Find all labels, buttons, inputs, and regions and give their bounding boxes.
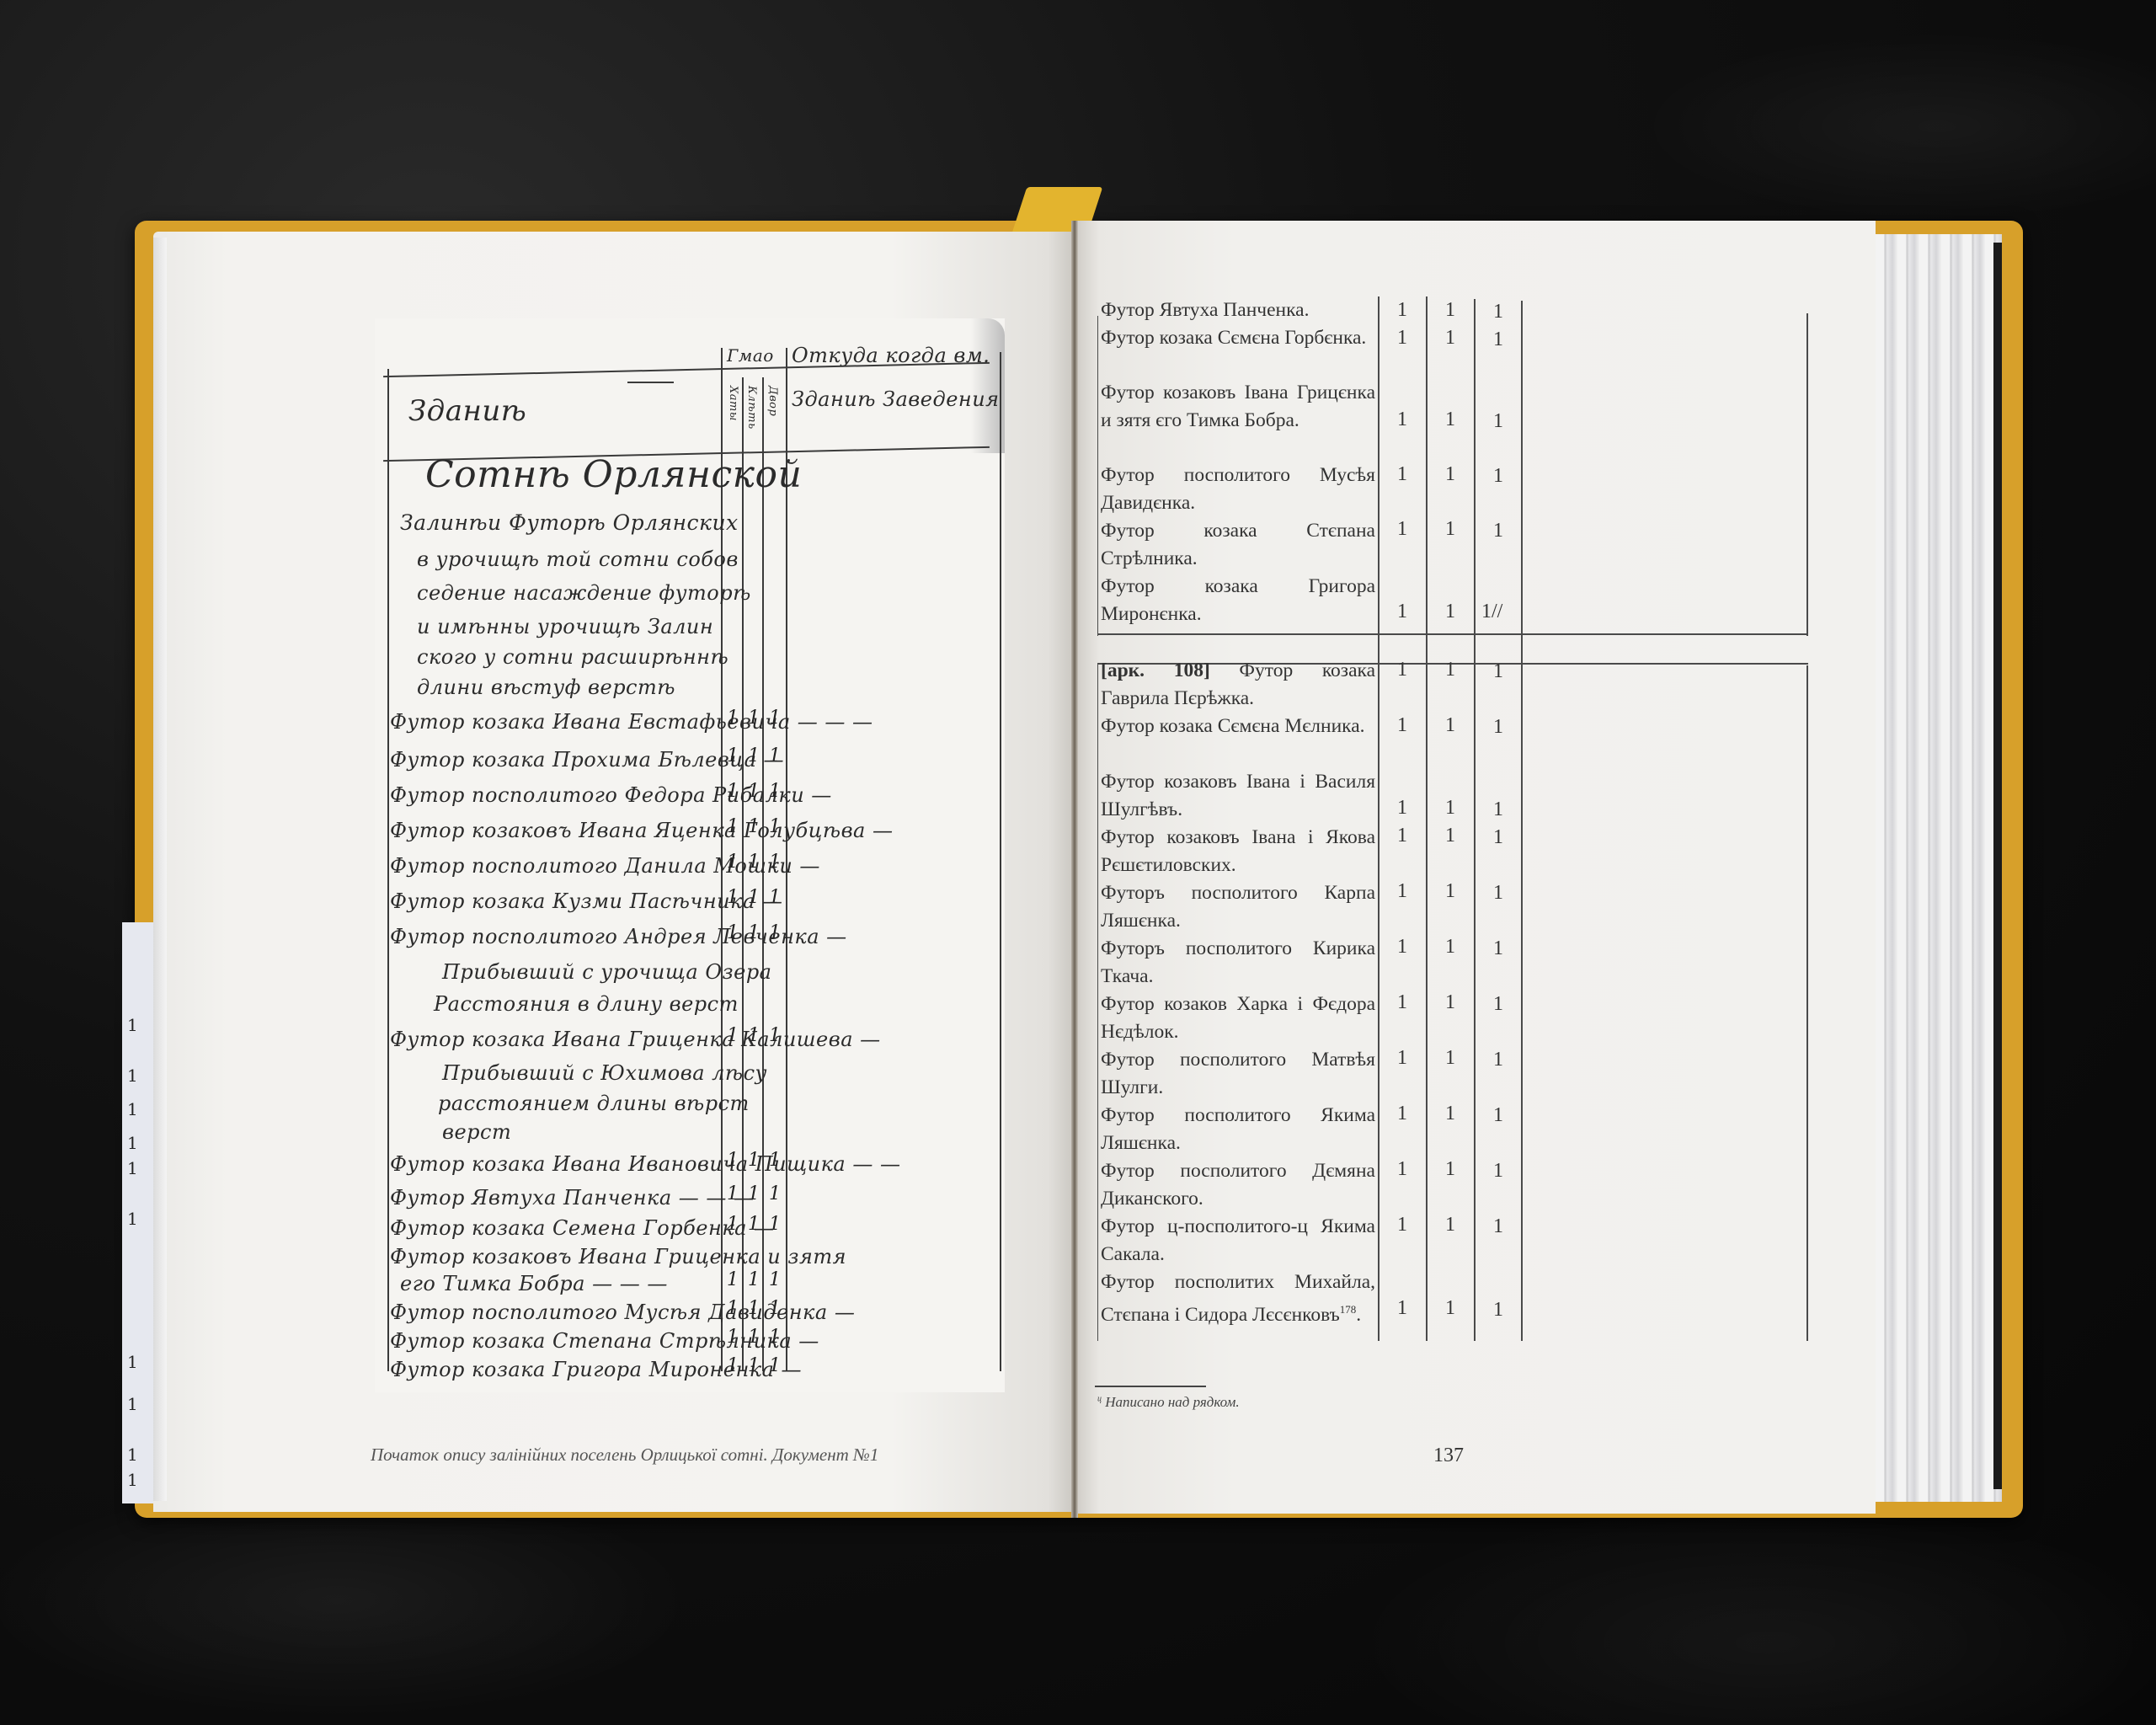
row-text: Футор посполитого Якима Ляшєнка. <box>1097 1102 1375 1156</box>
table-row: [арк. 108] Футор козака Гаврила Пєрѣжка. <box>1097 657 1375 712</box>
tally-mark: 1 <box>769 816 781 837</box>
table-col-rule <box>1521 301 1523 1341</box>
ms-entry-text: Футор козака Семена Горбенка — <box>390 1216 775 1240</box>
cell-value: 1 <box>1385 327 1419 350</box>
cell-value: 1 <box>1481 882 1515 905</box>
tally-mark: 1 <box>748 1025 760 1046</box>
table-row: Футор козаковъ Івана і Якова Рєшєтиловск… <box>1097 824 1375 879</box>
table-row: Футоръ посполитого Карпа Ляшєнка. <box>1097 879 1375 934</box>
ms-subcol: Хаты <box>727 386 739 421</box>
cell-value: 1 <box>1433 936 1467 959</box>
cell-value: 1 <box>1433 518 1467 541</box>
cell-value: 1 <box>1433 991 1467 1014</box>
cell-value: 1 <box>1385 409 1419 431</box>
footnote-marker: ц <box>1097 1394 1102 1403</box>
ms-entry-text: Футор козака Ивана Ивановича Пищика — — <box>390 1152 900 1176</box>
cell-value: 1 <box>1481 1160 1515 1183</box>
cell-value: 1 <box>1385 1297 1419 1320</box>
cell-value: 1 <box>1385 880 1419 903</box>
ms-entry-text: Футор козаковъ Ивана Гриценка и зятя <box>390 1245 846 1268</box>
tally-mark: 1 <box>769 1269 781 1290</box>
cell-value: 1 <box>1481 798 1515 821</box>
tally-mark: 1 <box>748 852 760 873</box>
ms-col-rule <box>1000 352 1001 1371</box>
tally-mark: 1 <box>748 781 760 802</box>
table-row: Футор козака Стєпана Стрѣлника. <box>1097 517 1375 572</box>
ms-entry-text: Футор козака Ивана Евстафьевича — — — <box>390 710 873 734</box>
cell-value: 1 <box>1385 601 1419 623</box>
ms-title-line: седение насаждение футорѣ <box>417 581 751 605</box>
tally-mark: 1 <box>769 1214 781 1235</box>
page-number: 137 <box>1433 1445 1464 1467</box>
archive-ref: [арк. 108] <box>1101 660 1210 681</box>
cell-value: 1 <box>1433 601 1467 623</box>
cell-value: 1 <box>1481 410 1515 433</box>
footnote-rule <box>1095 1386 1206 1387</box>
tally-mark: 1 <box>727 1298 739 1319</box>
tally-mark: 1 <box>727 852 739 873</box>
tally-mark: 1 <box>727 745 739 766</box>
tally-mark: 1 <box>727 887 739 908</box>
tally-mark: 1 <box>769 1183 781 1204</box>
tally-mark: 1 <box>727 1355 739 1376</box>
stack-mark: 1 <box>127 1133 138 1153</box>
row-text: Футор козаковъ Івана і Василя Шулгѣвъ. <box>1097 768 1375 823</box>
tally-mark: 1 <box>727 922 739 943</box>
row-text: Футор козаковъ Івана Грицєнка и зятя єго… <box>1097 379 1375 434</box>
tally-mark: 1 <box>748 922 760 943</box>
table-row: Футор посполитого Якима Ляшєнка. <box>1097 1102 1375 1156</box>
stack-mark: 1 <box>127 1065 138 1086</box>
stack-mark: 1 <box>127 1158 138 1178</box>
ms-entry-text: Футор Явтуха Панченка — — — <box>390 1186 755 1210</box>
table-row: Футор козака Сємєна Мєлника. <box>1097 713 1375 740</box>
table-col-rule <box>1378 296 1380 1341</box>
cell-value: 1 <box>1385 659 1419 681</box>
ms-rule <box>627 382 674 383</box>
row-text: Футоръ посполитого Кирика Ткача. <box>1097 935 1375 990</box>
tally-mark: 1 <box>769 745 781 766</box>
table-row: Футор посполитого Матвѣя Шулги. <box>1097 1046 1375 1101</box>
tally-mark: 1 <box>727 1214 739 1235</box>
cell-value: 1 <box>1385 797 1419 820</box>
tally-mark: 1 <box>748 887 760 908</box>
table-row: Футор козаков Харка і Фєдора Нєдѣлок. <box>1097 991 1375 1045</box>
left-page-edge <box>153 238 167 1501</box>
table-bottom-rule <box>1097 633 1808 635</box>
tally-mark: 1 <box>727 816 739 837</box>
cell-value: 1 <box>1433 1214 1467 1236</box>
tally-mark: 1 <box>727 1327 739 1348</box>
cell-value: 1 <box>1481 826 1515 849</box>
cell-value: 1 <box>1385 714 1419 737</box>
tally-mark: 1 <box>769 1355 781 1376</box>
table-border-right <box>1806 665 1808 1341</box>
table-row: Футор козаковъ Івана і Василя Шулгѣвъ. <box>1097 768 1375 823</box>
ms-title-line: длини вѣстуф верстѣ <box>417 676 675 699</box>
ms-subcol: Клѣть <box>745 386 758 430</box>
ms-entry-text: Расстояния в длину верст <box>434 992 739 1016</box>
table-row: Футоръ посполитого Кирика Ткача. <box>1097 935 1375 990</box>
cell-value: 1 <box>1433 880 1467 903</box>
ms-header-left: Зданиѣ <box>408 394 526 428</box>
stack-mark: 1 <box>127 1099 138 1119</box>
cell-value: 1 <box>1385 825 1419 847</box>
row-text: Футор козака Григора Миронєнка. <box>1097 573 1375 628</box>
stack-mark: 1 <box>127 1015 138 1035</box>
tally-mark: 1 <box>769 887 781 908</box>
table-col-rule <box>1426 296 1428 1341</box>
ms-title: Сотнѣ Орлянской <box>425 453 802 496</box>
tally-mark: 1 <box>769 781 781 802</box>
cell-value: 1 <box>1385 299 1419 322</box>
tally-mark: 1 <box>748 745 760 766</box>
tally-mark: 1 <box>727 1269 739 1290</box>
tally-mark: 1 <box>748 708 760 729</box>
cell-value: 1 <box>1481 660 1515 683</box>
ms-subcol: Двор <box>766 386 779 416</box>
cell-value: 1 <box>1385 1047 1419 1070</box>
cell-value: 1 <box>1481 1104 1515 1127</box>
tally-mark: 1 <box>748 1355 760 1376</box>
cell-value: 1// <box>1481 601 1515 623</box>
table-row: Футор козаковъ Івана Грицєнка и зятя єго… <box>1097 379 1375 434</box>
ms-header-mid: Гмао <box>727 345 774 366</box>
tally-mark: 1 <box>748 1269 760 1290</box>
tally-mark: 1 <box>748 1298 760 1319</box>
ms-col-rule <box>387 369 389 1371</box>
row-text-suffix: . <box>1356 1303 1361 1325</box>
ms-entry-text: расстоянием длины вѣрст <box>438 1092 750 1115</box>
ms-entry-text: Футор козака Прохима Бѣлевца — <box>390 748 784 772</box>
tally-mark: 1 <box>769 1298 781 1319</box>
cell-value: 1 <box>1385 518 1419 541</box>
tally-mark: 1 <box>748 1214 760 1235</box>
row-text: Футор посполитого Мусѣя Давидєнка. <box>1097 462 1375 516</box>
ms-entry-text: Футор козака Кузми Пасѣчника — <box>390 889 782 913</box>
cell-value: 1 <box>1385 991 1419 1014</box>
cell-value: 1 <box>1433 797 1467 820</box>
cell-value: 1 <box>1433 1047 1467 1070</box>
cell-value: 1 <box>1433 714 1467 737</box>
table-row: Футор Явтуха Панченка. <box>1097 296 1375 324</box>
table-row: Футор посполитого Дємяна Диканского. <box>1097 1157 1375 1212</box>
tally-mark: 1 <box>727 708 739 729</box>
cell-value: 1 <box>1433 1103 1467 1125</box>
cell-value: 1 <box>1481 465 1515 488</box>
tally-mark: 1 <box>769 852 781 873</box>
table-col-rule <box>1474 299 1476 1341</box>
row-text: Футор Явтуха Панченка. <box>1097 296 1375 324</box>
cell-value: 1 <box>1433 299 1467 322</box>
ms-entry-text: Футор посполитого Федора Рибалки — <box>390 783 832 807</box>
cell-value: 1 <box>1481 1215 1515 1238</box>
ms-title-line: в урочищѣ той сотни собов <box>417 547 739 571</box>
stack-mark: 1 <box>127 1209 138 1229</box>
stack-mark: 1 <box>127 1470 138 1490</box>
ms-entry-text: Футор козака Ивана Гриценка Калишева — <box>390 1028 881 1051</box>
cell-value: 1 <box>1481 1299 1515 1322</box>
footnote: ц Написано над рядком. <box>1097 1394 1240 1411</box>
ms-header-right-bottom: Зданиѣ Заведения <box>792 387 1000 411</box>
row-text: Футоръ посполитого Карпа Ляшєнка. <box>1097 879 1375 934</box>
stack-mark: 1 <box>127 1394 138 1414</box>
running-footer: Початок опису залінійних поселень Орлиць… <box>371 1445 878 1466</box>
tally-mark: 1 <box>748 816 760 837</box>
ms-entry-text: его Тимка Бобра — — — <box>400 1272 668 1295</box>
row-text: [арк. 108] Футор козака Гаврила Пєрѣжка. <box>1097 657 1375 712</box>
tally-mark: 1 <box>727 1150 739 1171</box>
tally-mark: 1 <box>748 1183 760 1204</box>
row-text: Футор козака Сємєна Мєлника. <box>1097 713 1375 740</box>
table-row: Футор козака Григора Миронєнка. <box>1097 573 1375 628</box>
row-text: Футор козаковъ Івана і Якова Рєшєтиловск… <box>1097 824 1375 879</box>
tally-mark: 1 <box>769 1025 781 1046</box>
cell-value: 1 <box>1481 716 1515 739</box>
cell-value: 1 <box>1433 1158 1467 1181</box>
cell-value: 1 <box>1481 937 1515 960</box>
row-text-body: Футор посполитих Михайла, Стєпана і Сидо… <box>1101 1271 1375 1325</box>
ms-title-line: Залинѣи Футорѣ Орлянских <box>400 510 739 535</box>
cell-value: 1 <box>1385 1103 1419 1125</box>
row-text: Футор козаков Харка і Фєдора Нєдѣлок. <box>1097 991 1375 1045</box>
table-row: Футор ц-посполитого-ц Якима Сакала. <box>1097 1213 1375 1268</box>
ms-header-right-top: Откуда когда вм. <box>792 344 990 367</box>
ms-entry-text: Футор посполитого Мусѣя Давиденка — <box>390 1300 855 1324</box>
ms-entry-text: Футор козака Григора Мироненка — <box>390 1358 802 1381</box>
manuscript-facsimile: Зданиѣ Гмао Хаты Клѣть Двор Откуда когда… <box>375 318 1005 1392</box>
row-text: Футор посполитих Михайла, Стєпана і Сидо… <box>1097 1268 1375 1328</box>
ms-entry-text: Прибывший с урочища Озера <box>442 960 771 984</box>
cell-value: 1 <box>1385 1158 1419 1181</box>
footnote-text: Написано над рядком. <box>1105 1394 1239 1410</box>
tally-mark: 1 <box>769 708 781 729</box>
row-text: Футор ц-посполитого-ц Якима Сакала. <box>1097 1213 1375 1268</box>
ms-title-line: ского у сотни расширѣннѣ <box>417 645 728 669</box>
cell-value: 1 <box>1433 659 1467 681</box>
ms-entry-text: Прибывший с Юхимова лѣсу <box>442 1061 767 1085</box>
tally-mark: 1 <box>769 922 781 943</box>
tally-mark: 1 <box>727 1025 739 1046</box>
row-text: Футор посполитого Матвѣя Шулги. <box>1097 1046 1375 1101</box>
stack-mark: 1 <box>127 1352 138 1372</box>
cell-value: 1 <box>1481 520 1515 542</box>
cell-value: 1 <box>1433 1297 1467 1320</box>
cell-value: 1 <box>1385 1214 1419 1236</box>
cell-value: 1 <box>1433 409 1467 431</box>
footnote-ref[interactable]: 178 <box>1340 1303 1357 1316</box>
cell-value: 1 <box>1433 825 1467 847</box>
cell-value: 1 <box>1481 301 1515 323</box>
tally-mark: 1 <box>727 1183 739 1204</box>
tally-mark: 1 <box>727 781 739 802</box>
cell-value: 1 <box>1433 327 1467 350</box>
stack-mark: 1 <box>127 1445 138 1465</box>
cell-value: 1 <box>1481 1049 1515 1071</box>
row-text: Футор козака Сємєна Горбєнка. <box>1097 324 1375 352</box>
table-row: Футор посполитого Мусѣя Давидєнка. <box>1097 462 1375 516</box>
row-text: Футор козака Стєпана Стрѣлника. <box>1097 517 1375 572</box>
tally-mark: 1 <box>748 1327 760 1348</box>
cell-value: 1 <box>1385 936 1419 959</box>
cell-value: 1 <box>1481 328 1515 351</box>
ms-title-line: и имѣнны урочищѣ Залин <box>417 615 713 638</box>
tally-mark: 1 <box>748 1150 760 1171</box>
table-row: Футор посполитих Михайла, Стєпана і Сидо… <box>1097 1268 1375 1328</box>
table-border-right <box>1806 313 1808 636</box>
cell-value: 1 <box>1385 463 1419 486</box>
cell-value: 1 <box>1433 463 1467 486</box>
ms-entry-text: верст <box>442 1120 511 1144</box>
table-row: Футор козака Сємєна Горбєнка. <box>1097 324 1375 352</box>
tally-mark: 1 <box>769 1150 781 1171</box>
right-page-stack <box>1876 234 2002 1502</box>
row-text: Футор посполитого Дємяна Диканского. <box>1097 1157 1375 1212</box>
book-gutter <box>1071 221 1078 1518</box>
cell-value: 1 <box>1481 993 1515 1016</box>
ms-entry-text: Футор козаковъ Ивана Яценка Голубцѣва — <box>390 819 893 842</box>
tally-mark: 1 <box>769 1327 781 1348</box>
